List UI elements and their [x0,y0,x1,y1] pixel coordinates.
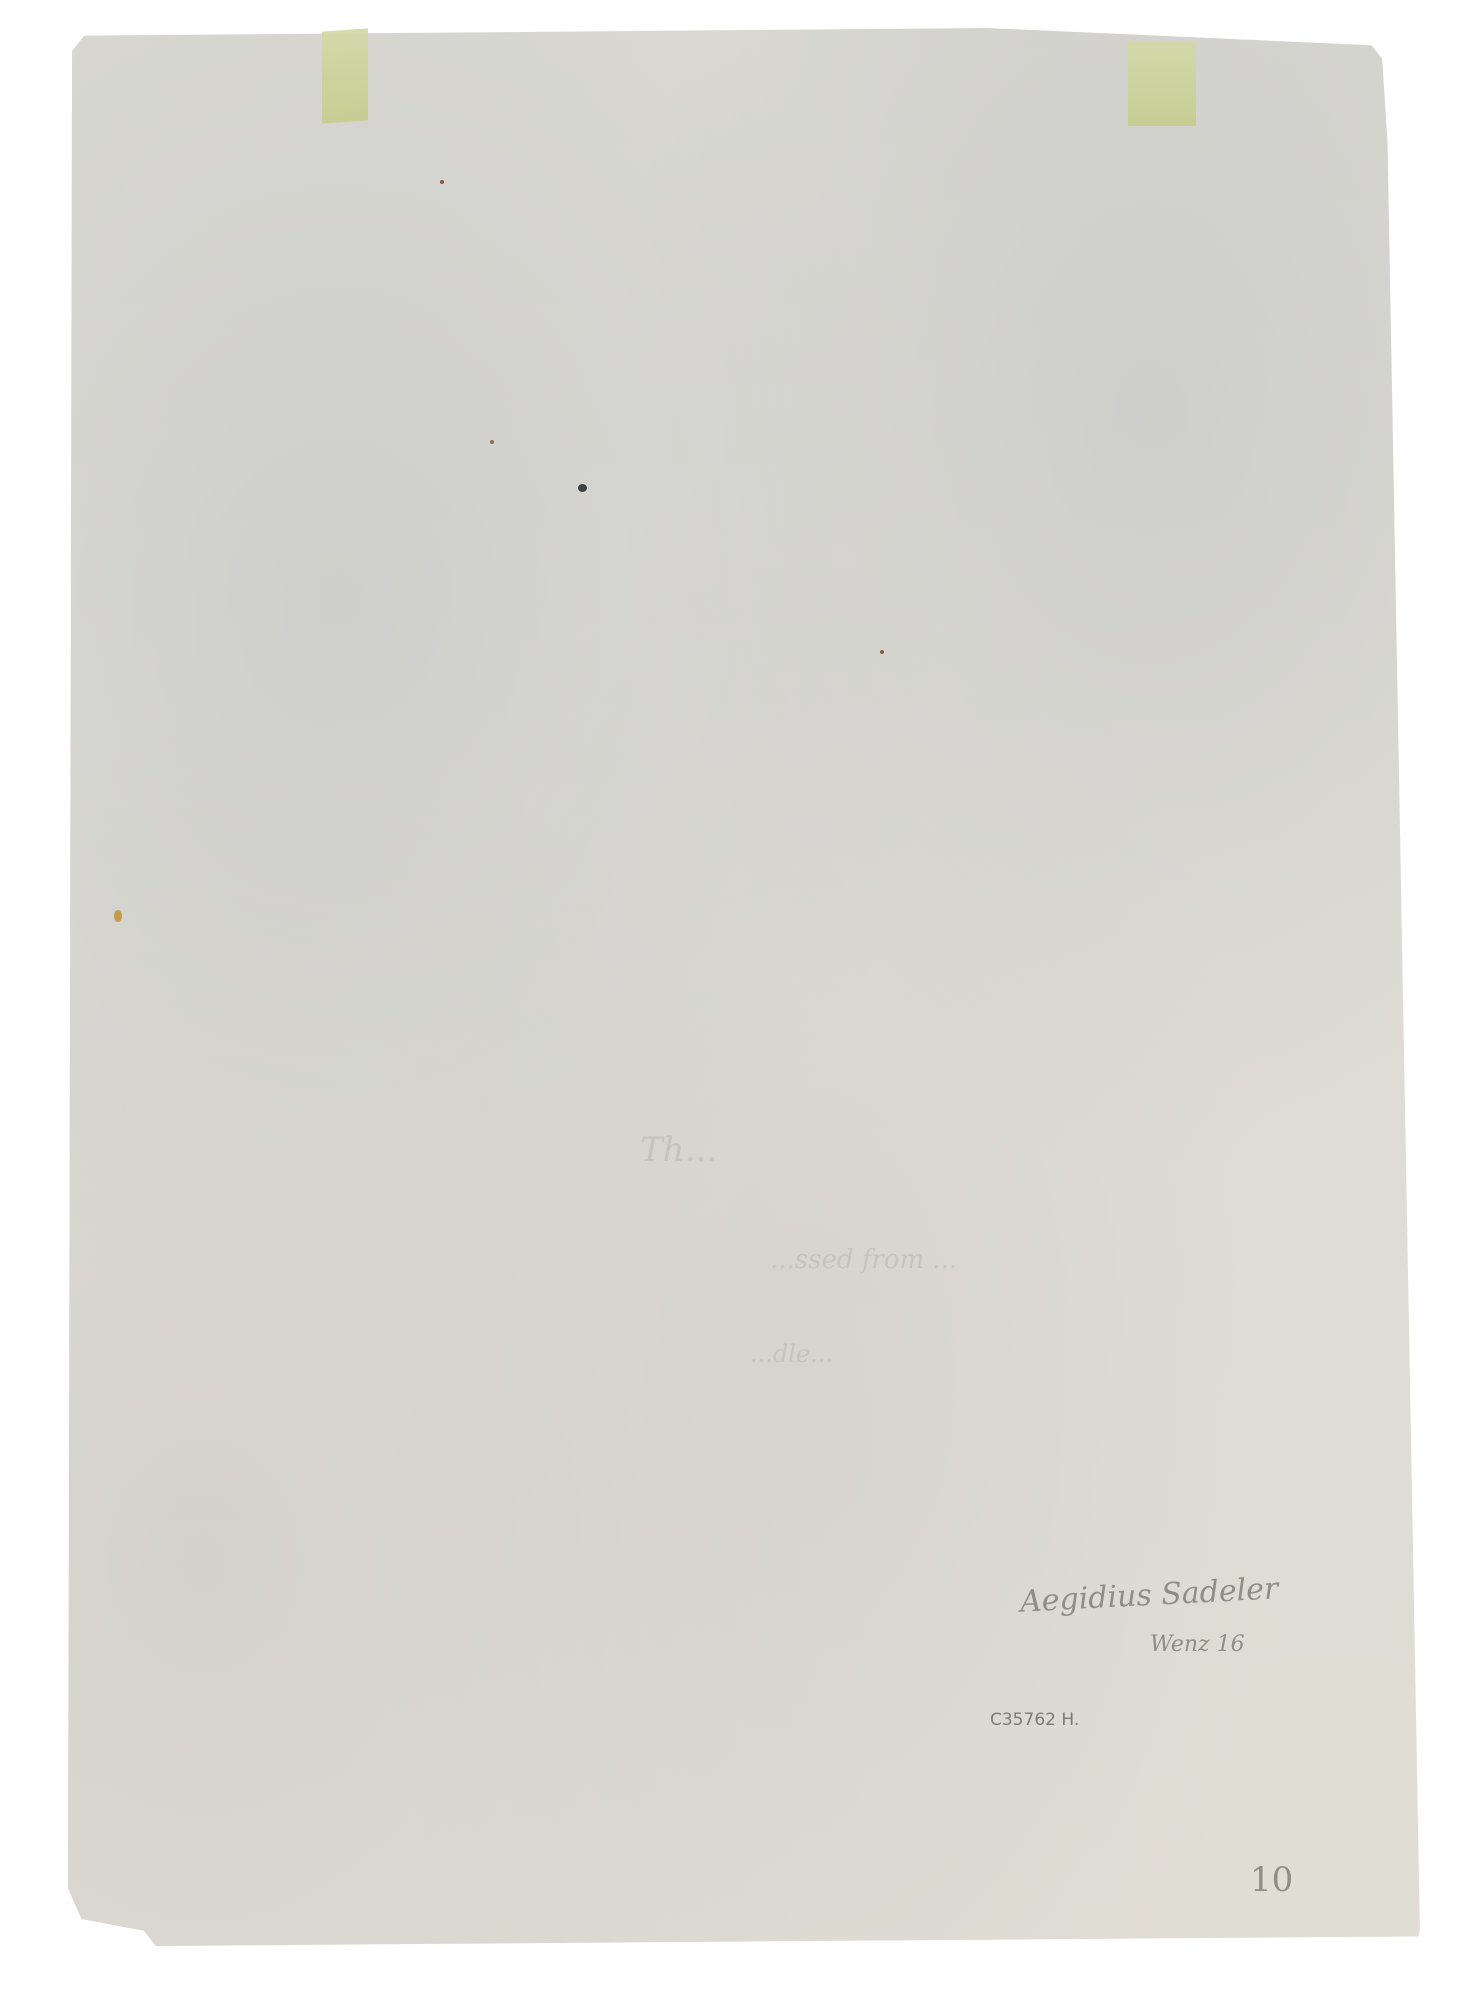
speck [440,180,444,184]
stain-speck [114,910,122,922]
reference-annotation: Wenz 16 [1150,1632,1245,1657]
ink-speck [578,484,587,492]
show-through-line-3: ...dle... [750,1340,833,1368]
paper-sheet [68,28,1420,1946]
show-through-line-1: Th... [640,1130,717,1170]
masking-tape-right [1128,42,1196,126]
show-through-line-2: ...ssed from ... [770,1245,957,1275]
page-number: 10 [1250,1860,1293,1900]
speck [880,650,884,654]
speck [490,440,494,444]
masking-tape-left [322,28,368,123]
accession-number: C35762 H. [990,1710,1079,1730]
